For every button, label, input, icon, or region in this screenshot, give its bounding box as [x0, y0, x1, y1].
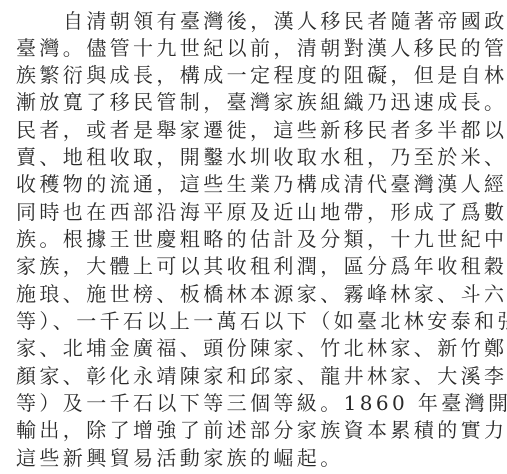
- paragraph-line-4: 漸放寬了移民管制，臺灣家族組織乃迅速成長。不論是單打獨鬥的移: [16, 89, 490, 116]
- paragraph-line-9: 族。根據王世慶粗略的估計及分類，十九世紀中葉時，臺灣地主階層: [16, 226, 490, 253]
- paragraph-line-1: 自清朝領有臺灣後，漢人移民者隨著帝國政權的統治而大量流入: [63, 8, 490, 35]
- paragraph-line-5: 民者，或者是舉家遷徙，這些新移民者多半都以土地開發、土地買: [16, 117, 490, 144]
- paragraph-line-12: 等）、一千石以上一萬石以下（如臺北林安泰和張士箱家族、文山高: [16, 308, 490, 335]
- paragraph-line-13: 家、北埔金廣福、頭份陳家、竹北林家、新竹鄭家、清水楊家、基隆: [16, 335, 490, 362]
- paragraph-line-6: 賣、地租收取，開鑿水圳收取水租，乃至於米、糖、樟腦、茶等地上: [16, 144, 490, 171]
- paragraph-line-10: 家族，大體上可以其收租利潤，區分爲年收租穀一萬石以上（如早期: [16, 253, 490, 280]
- paragraph-line-15: 等）及一千石以下等三個等級。1860 年臺灣開港後，茶、糖、樟腦的: [16, 390, 490, 417]
- paragraph-line-3: 族繁衍與成長，構成一定程度的阻礙，但是自林爽文事變後，清廷逐: [16, 62, 490, 89]
- paragraph-line-14: 顏家、彰化永靖陳家和邱家、龍井林家、大溪李家、巴宰族岸裡潘家: [16, 363, 490, 390]
- document-page: 自清朝領有臺灣後，漢人移民者隨著帝國政權的統治而大量流入 臺灣。儘管十九世紀以前…: [0, 0, 507, 474]
- paragraph-line-11: 施琅、施世榜、板橋林本源家、霧峰林家、斗六吳家、屏東里港藍家: [16, 281, 490, 308]
- paragraph-line-8: 同時也在西部沿海平原及近山地帶，形成了爲數眾多的地主豪紳家: [16, 199, 490, 226]
- paragraph-line-16: 輸出，除了增強了前述部分家族資本累積的實力外，也促使一批從事: [16, 417, 490, 444]
- paragraph-line-2: 臺灣。儘管十九世紀以前，清朝對漢人移民的管制政策，對於漢人家: [16, 35, 490, 62]
- paragraph-line-7: 收穫物的流通，這些生業乃構成清代臺灣漢人經濟利潤的重要來源，: [16, 171, 490, 198]
- paragraph-line-17: 這些新興貿易活動家族的崛起。: [16, 445, 344, 472]
